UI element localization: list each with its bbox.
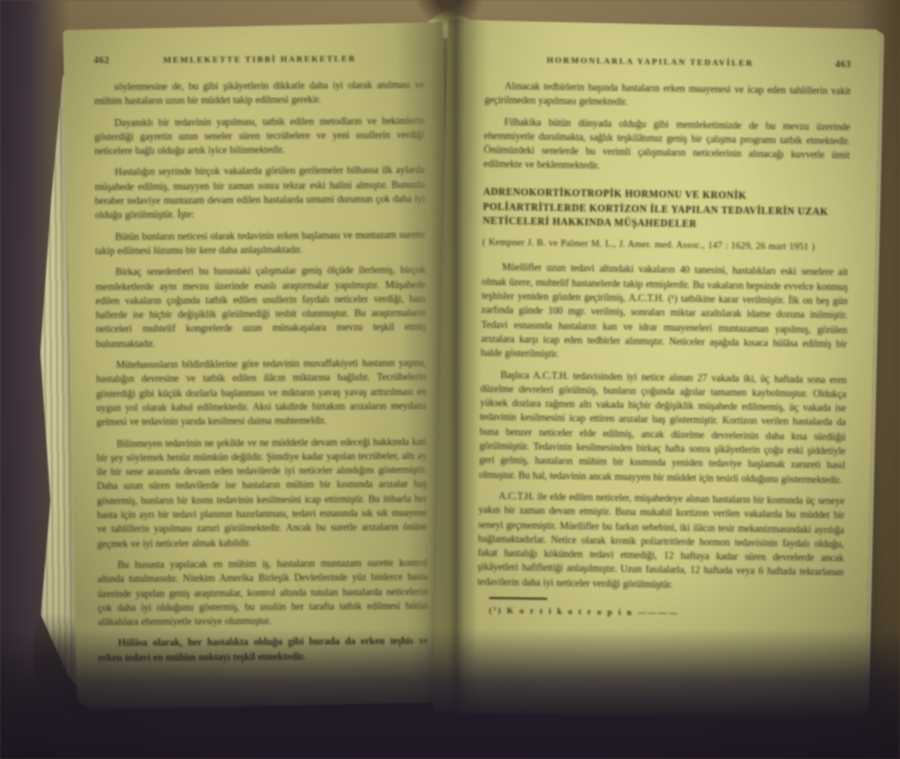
left-paragraph: söylenmesine de, bu gibi şikâyetlerin di… <box>94 79 424 110</box>
right-page-content: HORMONLARLA YAPILAN TEDAVİLER 463 Alınac… <box>476 54 851 693</box>
right-page-header: HORMONLARLA YAPILAN TEDAVİLER 463 <box>485 54 851 70</box>
right-paragraph: Filhakika bütün dünyada olduğu gibi meml… <box>483 115 850 178</box>
left-paragraph: Bu hususta yapılacak en mühim iş, hastal… <box>97 557 427 631</box>
left-paragraph: Bütün bunların neticesi olarak tedavinin… <box>95 229 425 260</box>
right-paragraph: Başlıca A.C.T.H. tedavisinden iyi netice… <box>479 368 847 488</box>
right-paragraph: Müellifler uzun tedavi altındaki vakalar… <box>481 261 848 366</box>
spine-top-notch <box>416 0 482 26</box>
right-paragraph: A.C.T.H. ile elde edilen neticeler, müşa… <box>477 490 844 595</box>
footnote-text: (¹) K o r t i k o t r o p i n ———— <box>477 603 843 623</box>
left-page-number: 462 <box>94 56 110 66</box>
left-paragraph: Dayanıklı bir tedavinin yapılması, tatbi… <box>94 114 424 159</box>
footnote-rule <box>489 597 547 600</box>
right-page: HORMONLARLA YAPILAN TEDAVİLER 463 Alınac… <box>433 20 881 722</box>
book-photo: 462 MEMLEKETTE TIBBÎ HAREKETLER söylenme… <box>0 0 900 759</box>
photo-layer: 462 MEMLEKETTE TIBBÎ HAREKETLER söylenme… <box>0 0 900 759</box>
left-running-header: MEMLEKETTE TIBBÎ HAREKETLER <box>110 53 424 65</box>
left-paragraph: Bilinmeyen tedavinin ne şekilde ve ne mü… <box>97 435 428 552</box>
left-paragraph: Birkaç senedenberi bu husustaki çalışmal… <box>95 264 426 352</box>
left-page-content: 462 MEMLEKETTE TIBBÎ HAREKETLER söylenme… <box>94 53 428 685</box>
left-paragraph: Mütehassısların bildirdiklerine göre ted… <box>96 357 426 431</box>
article-heading: ADRENOKORTİKOTROPİK HORMONU VE KRONİK PO… <box>483 186 850 236</box>
left-page-header: 462 MEMLEKETTE TIBBÎ HAREKETLER <box>94 53 424 66</box>
bottom-shadow <box>0 629 900 759</box>
right-running-header: HORMONLARLA YAPILAN TEDAVİLER <box>485 54 835 69</box>
left-paragraph: Hastalığın seyrinde birçok vakalarda gör… <box>95 164 425 223</box>
right-paragraph: Alınacak tedbirlerin başında hastaların … <box>484 80 850 114</box>
right-page-number: 463 <box>835 60 851 70</box>
article-citation: ( Kempner J. B. ve Palmer M. L., J. Amer… <box>482 236 848 256</box>
left-page: 462 MEMLEKETTE TIBBÎ HAREKETLER söylenme… <box>63 22 457 710</box>
